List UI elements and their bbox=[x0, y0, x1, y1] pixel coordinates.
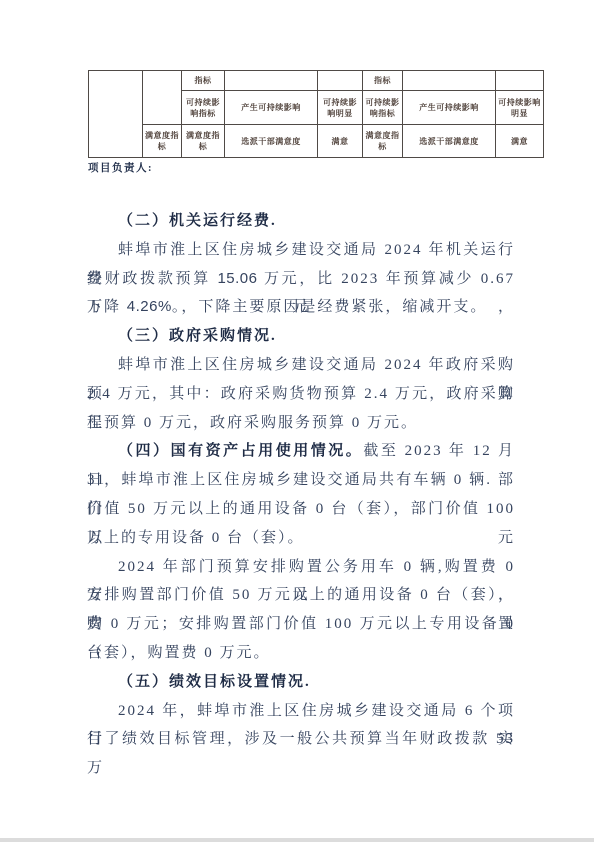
table-cell bbox=[496, 71, 544, 91]
body-text: 程预算 0 万元，政府采购服务预算 0 万元。 bbox=[87, 415, 418, 431]
text-line: 费 0 万元；安排购置部门价值 100 万元以上专用设备 0 台 bbox=[87, 610, 515, 639]
table-cell: 可持续影响指标 bbox=[363, 91, 403, 125]
table-cell: 指标 bbox=[182, 71, 225, 91]
table-cell bbox=[89, 71, 143, 158]
document-body: （二）机关运行经费.蚌埠市淮上区住房城乡建设交通局 2024 年机关运行经费财政… bbox=[87, 207, 515, 754]
text-line: 费财政拨款预算 15.06 万元，比 2023 年预算减少 0.67 万元， bbox=[87, 265, 515, 294]
body-text: 。，下降主要原因是经费紧张，缩减开支。 bbox=[172, 299, 488, 315]
body-text: 行了绩效目标管理，涉及一般公共预算当年财政拨款 53 万 bbox=[87, 731, 515, 776]
text-line: （二）机关运行经费. bbox=[87, 207, 515, 236]
table-cell: 可持续影响明显 bbox=[318, 91, 363, 125]
table-cell bbox=[318, 71, 363, 91]
text-line: 价值 50 万元以上的通用设备 0 台（套），部门价值 100 万元 bbox=[87, 495, 515, 524]
table-cell: 选派干部满意度 bbox=[403, 125, 496, 158]
text-line: 蚌埠市淮上区住房城乡建设交通局 2024 年政府采购预算 bbox=[87, 351, 515, 380]
text-line: （五）绩效目标设置情况. bbox=[87, 668, 515, 697]
body-text: 以上的专用设备 0 台（套）。 bbox=[87, 530, 305, 546]
text-line: （套），购置费 0 万元。 bbox=[87, 639, 515, 668]
heading-text: （二）机关运行经费. bbox=[118, 213, 277, 229]
table-cell bbox=[143, 71, 182, 125]
heading-text: （四）国有资产占用使用情况。 bbox=[118, 443, 363, 459]
heading-text: （五）绩效目标设置情况. bbox=[118, 674, 311, 690]
text-line: （四）国有资产占用使用情况。截至 2023 年 12 月 31 bbox=[87, 437, 515, 466]
table-cell: 产生可持续影响 bbox=[225, 91, 318, 125]
body-text: 费财政拨款预算 bbox=[87, 271, 217, 287]
table-cell: 满意度指标 bbox=[143, 125, 182, 158]
text-line: 2024 年，蚌埠市淮上区住房城乡建设交通局 6 个项目实 bbox=[87, 697, 515, 726]
text-line: 蚌埠市淮上区住房城乡建设交通局 2024 年机关运行经 bbox=[87, 236, 515, 265]
page-bottom-edge bbox=[0, 838, 594, 842]
table-cell bbox=[225, 71, 318, 91]
heading-text: （三）政府采购情况. bbox=[118, 328, 277, 344]
text-line: 安排购置部门价值 50 万元以上的通用设备 0 台（套），购置 bbox=[87, 581, 515, 610]
body-text: 下降 bbox=[87, 299, 127, 315]
table-cell bbox=[403, 71, 496, 91]
text-line: 日，蚌埠市淮上区住房城乡建设交通局共有车辆 0 辆. 部门 bbox=[87, 466, 515, 495]
table-cell: 选派干部满意度 bbox=[225, 125, 318, 158]
table-cell: 产生可持续影响 bbox=[403, 91, 496, 125]
text-line: 行了绩效目标管理，涉及一般公共预算当年财政拨款 53 万 bbox=[87, 725, 515, 754]
text-line: 下降 4.26%。，下降主要原因是经费紧张，缩减开支。 bbox=[87, 293, 515, 322]
table-cell: 可持续影响明显 bbox=[496, 91, 544, 125]
table-cell: 满意 bbox=[318, 125, 363, 158]
body-text: 4.26% bbox=[127, 298, 172, 315]
text-line: 程预算 0 万元，政府采购服务预算 0 万元。 bbox=[87, 409, 515, 438]
table-cell: 满意度指标 bbox=[182, 125, 225, 158]
body-text: （套），购置费 0 万元。 bbox=[87, 645, 271, 661]
body-text: 15.06 bbox=[217, 270, 257, 287]
performance-indicator-table: 指标指标可持续影响指标产生可持续影响可持续影响明显可持续影响指标产生可持续影响可… bbox=[88, 70, 544, 158]
table-cell: 指标 bbox=[363, 71, 403, 91]
table-cell: 满意度指标 bbox=[363, 125, 403, 158]
table-cell: 满意 bbox=[496, 125, 544, 158]
table-cell: 可持续影响指标 bbox=[182, 91, 225, 125]
project-leader-label: 项目负责人: bbox=[88, 160, 153, 175]
text-line: 2024 年部门预算安排购置公务用车 0 辆,购置费 0 万元， bbox=[87, 553, 515, 582]
text-line: （三）政府采购情况. bbox=[87, 322, 515, 351]
text-line: 2.4 万元，其中：政府采购货物预算 2.4 万元，政府采购工 bbox=[87, 380, 515, 409]
document-page: 指标指标可持续影响指标产生可持续影响可持续影响明显可持续影响指标产生可持续影响可… bbox=[0, 0, 594, 842]
